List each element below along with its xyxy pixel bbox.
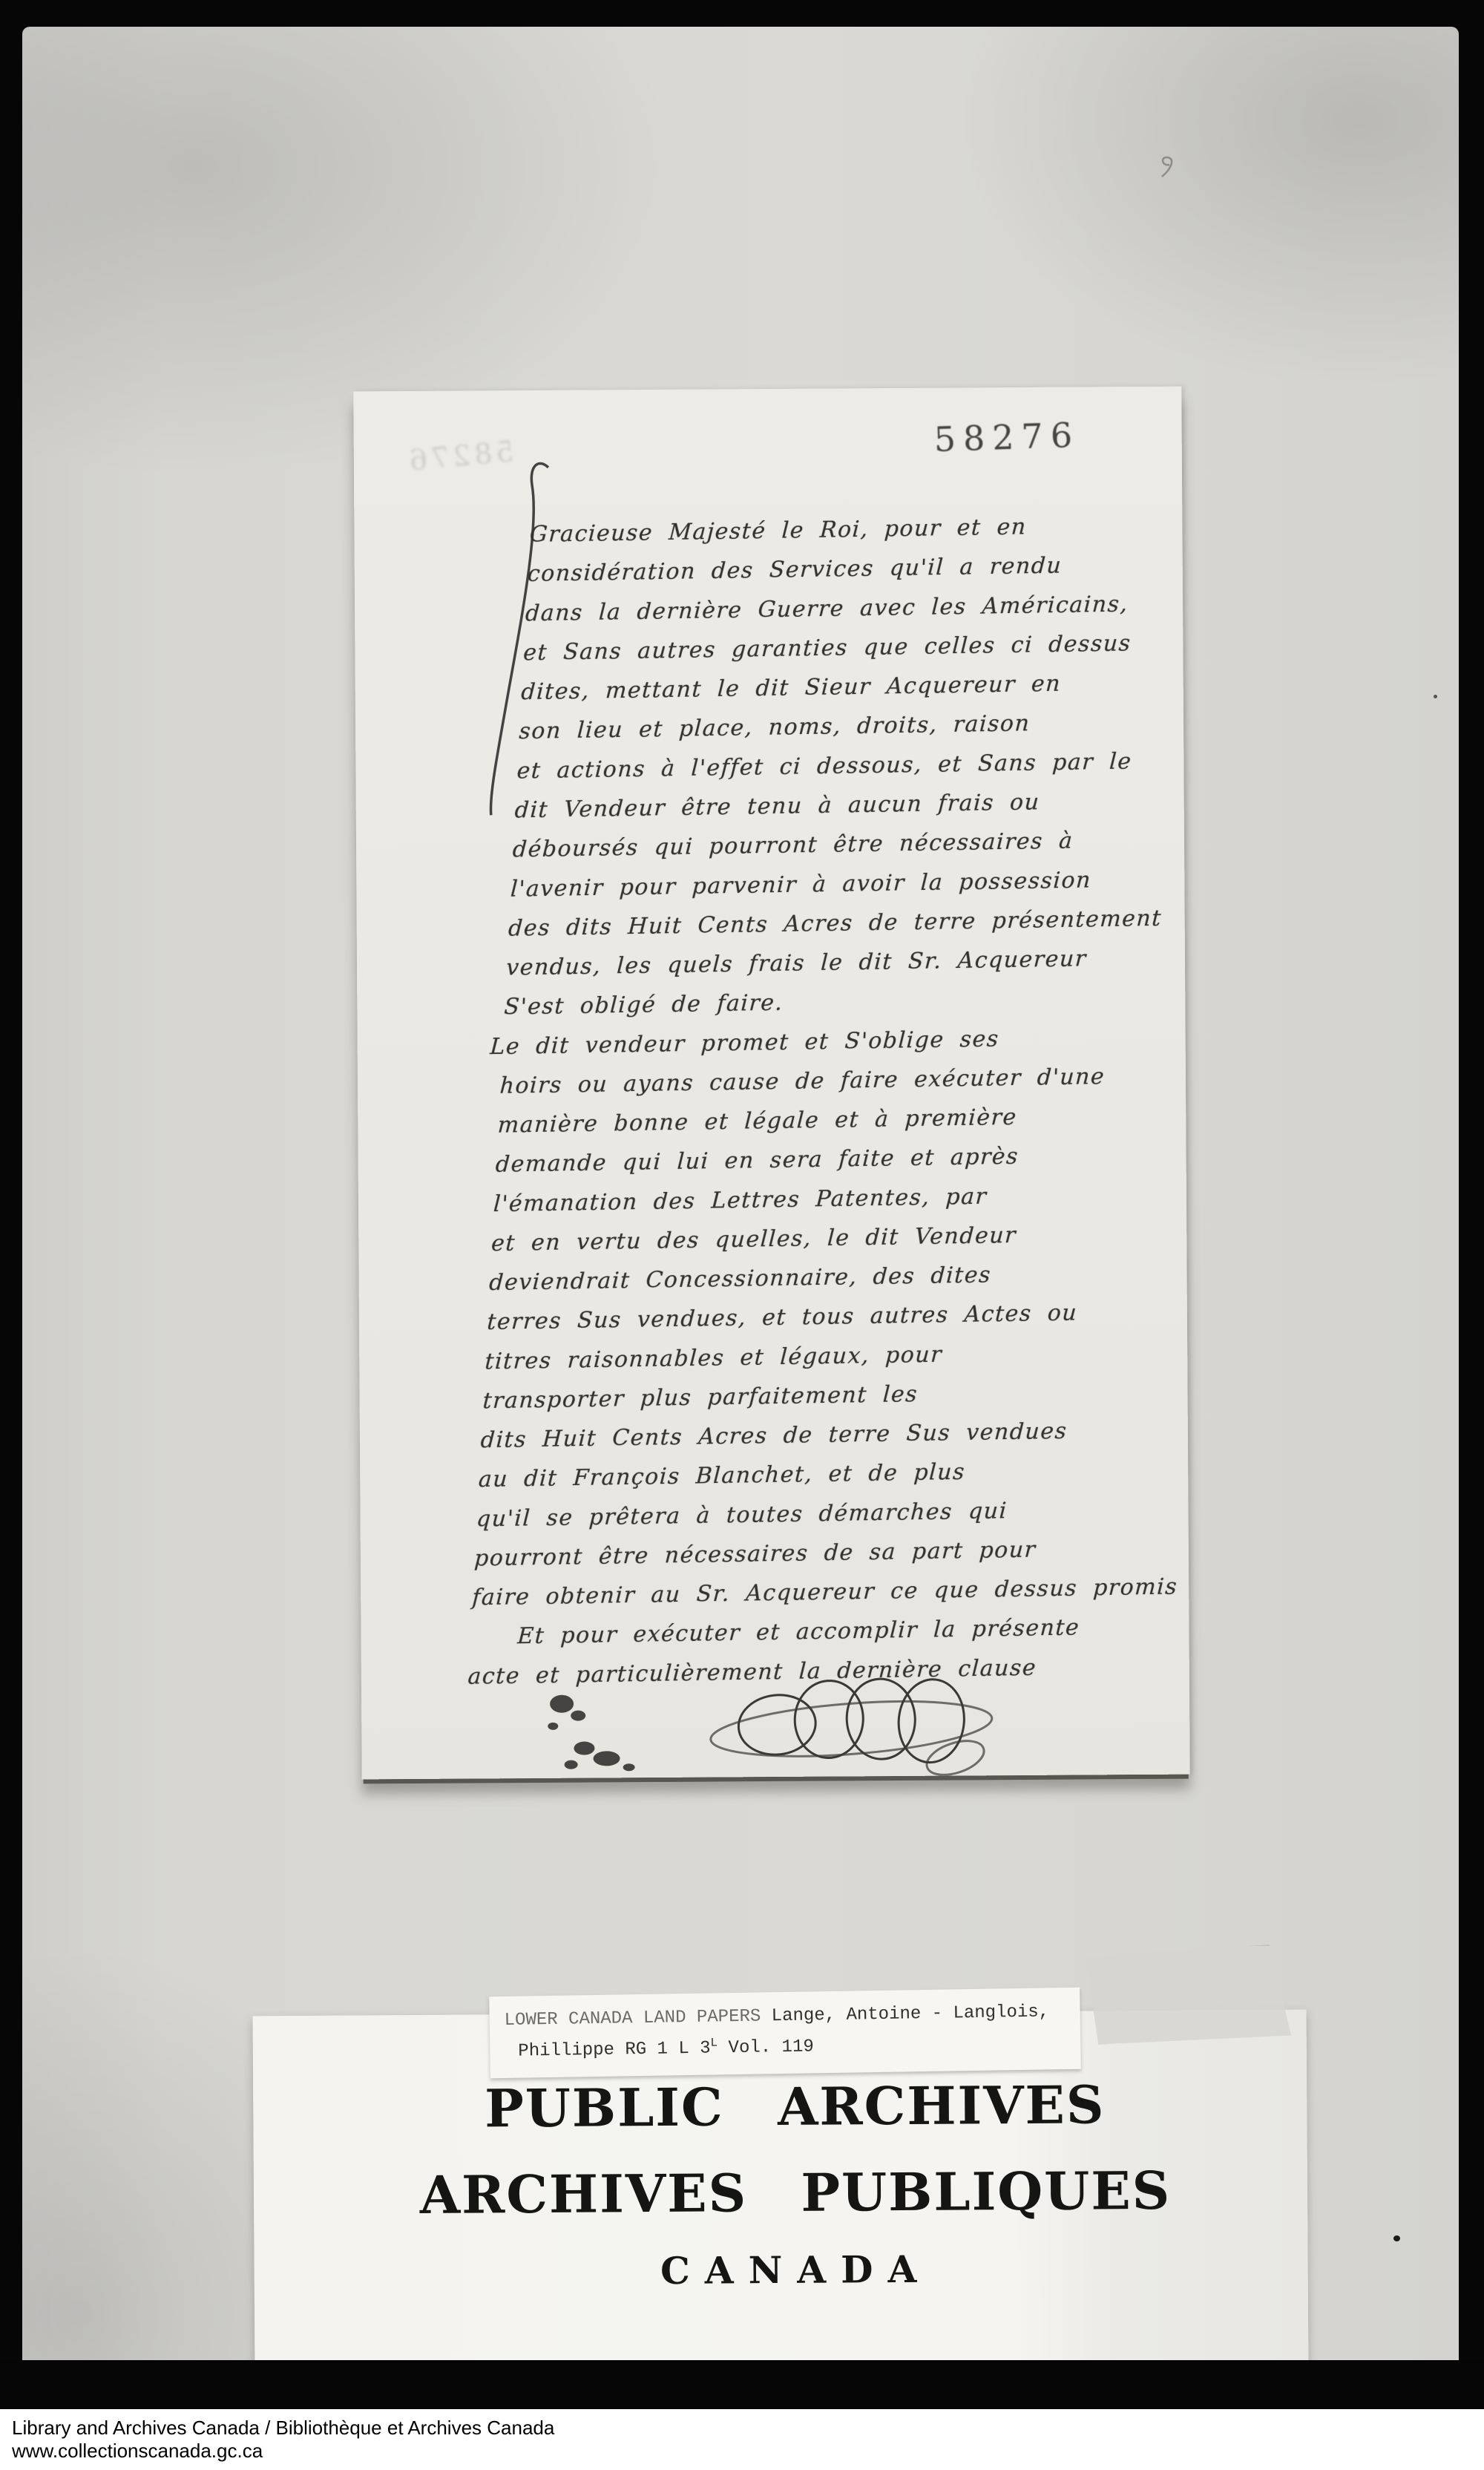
tape-patch	[1079, 1945, 1296, 2045]
archival-scan: 58276 58276	[0, 0, 1484, 2470]
manuscript-page: 58276 58276	[353, 387, 1189, 1780]
ink-blot	[548, 1694, 635, 1772]
dust-speck	[1434, 695, 1437, 698]
footer-strip: Library and Archives Canada / Bibliothèq…	[0, 2409, 1484, 2470]
footer-line-url: www.collectionscanada.gc.ca	[12, 2440, 1484, 2463]
handwritten-text-block: Gracieuse Majesté le Roi, pour et encons…	[467, 505, 1166, 1697]
card-line-canada: CANADA	[284, 2249, 1308, 2292]
photo-area: 58276 58276	[22, 27, 1459, 2360]
typed-label: LOWER CANADA LAND PAPERS Lange, Antoine …	[489, 1988, 1081, 2078]
dust-speck	[1393, 2235, 1400, 2241]
footer-line-institution: Library and Archives Canada / Bibliothèq…	[12, 2417, 1484, 2440]
card-line-public-archives: PUBLIC ARCHIVES	[283, 2078, 1307, 2136]
film-curl-icon	[1156, 151, 1186, 184]
film-frame-band	[0, 2360, 1484, 2409]
card-line-archives-publiques: ARCHIVES PUBLIQUES	[283, 2164, 1307, 2222]
